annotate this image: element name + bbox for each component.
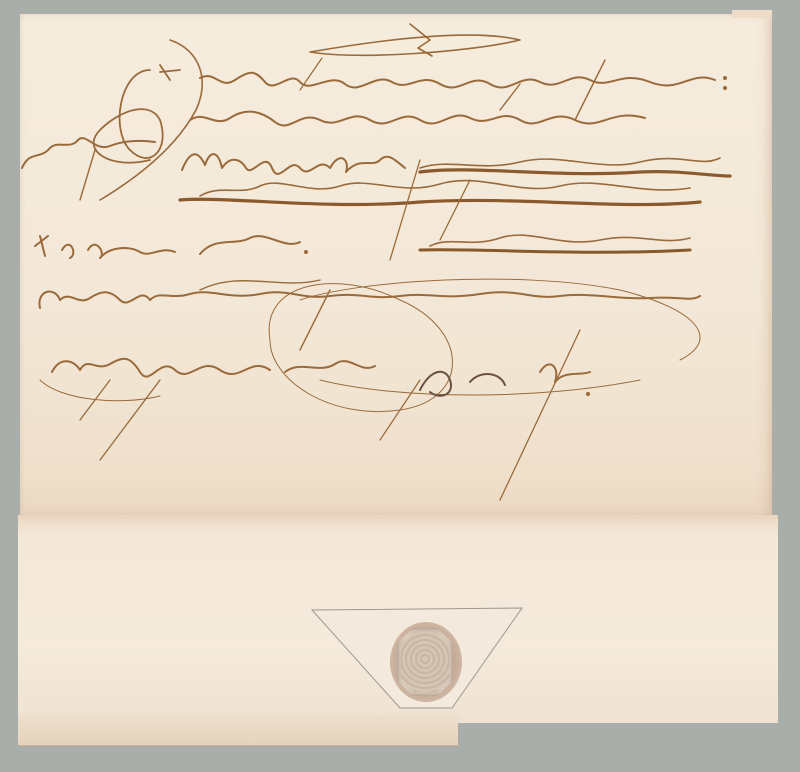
bottom-flap (18, 715, 458, 746)
letter-upper-panel (20, 14, 772, 520)
seal-area (300, 600, 530, 710)
wax-seal-icon (397, 628, 453, 696)
fold-crease (18, 515, 778, 537)
paper-corner (732, 10, 772, 18)
